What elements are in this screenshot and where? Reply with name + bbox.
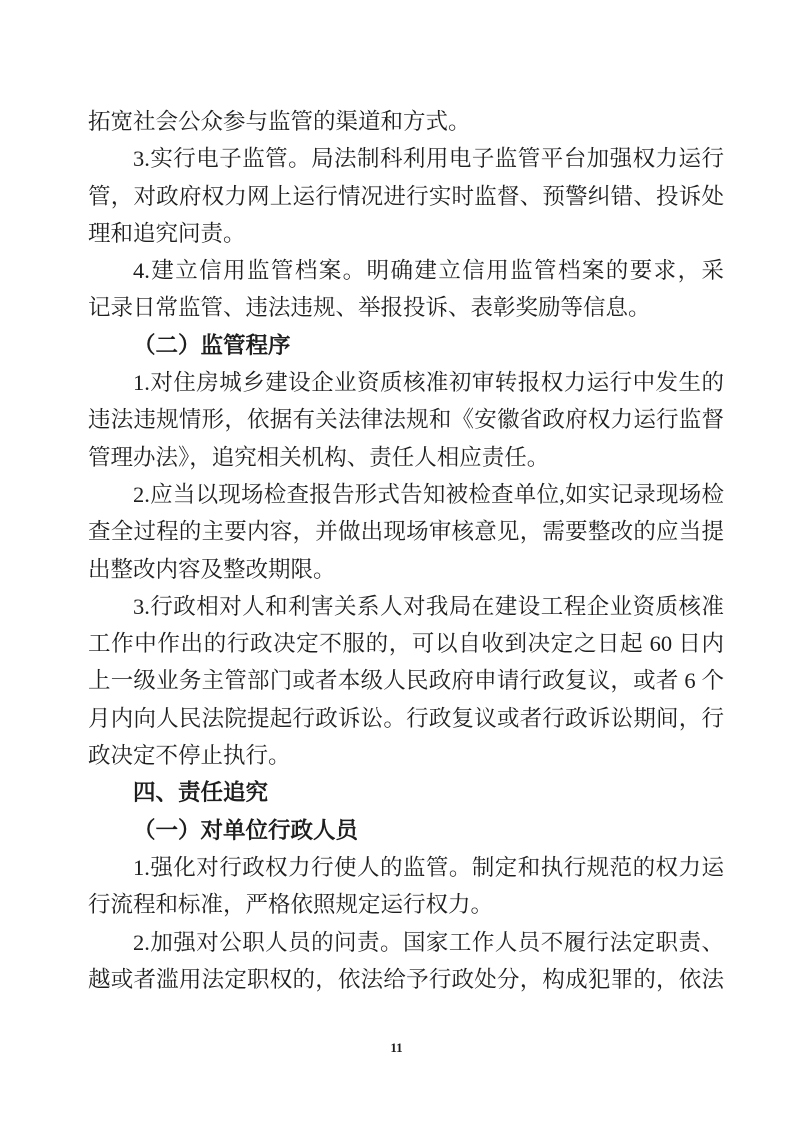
- text-line: 2.加强对公职人员的问责。国家工作人员不履行法定职责、超: [88, 924, 724, 961]
- text-line: 政决定不停止执行。: [88, 737, 724, 774]
- text-line: 2.应当以现场检查报告形式告知被检查单位,如实记录现场检: [88, 476, 724, 513]
- page-number: 11: [0, 1038, 793, 1058]
- text-line: 3.行政相对人和利害关系人对我局在建设工程企业资质核准: [88, 588, 724, 625]
- document-body: 拓宽社会公众参与监管的渠道和方式。3.实行电子监管。局法制科利用电子监管平台加强…: [88, 103, 724, 998]
- text-line: 1.强化对行政权力行使人的监管。制定和执行规范的权力运: [88, 849, 724, 886]
- text-line: 工作中作出的行政决定不服的，可以自收到决定之日起 60 日内向: [88, 625, 724, 662]
- section-heading: 四、责任追究: [88, 774, 724, 811]
- text-line: 1.对住房城乡建设企业资质核准初审转报权力运行中发生的: [88, 364, 724, 401]
- text-line: 管，对政府权力网上运行情况进行实时监督、预警纠错、投诉处: [88, 178, 724, 215]
- text-line: 违法违规情形，依据有关法律法规和《安徽省政府权力运行监督: [88, 401, 724, 438]
- document-page: 拓宽社会公众参与监管的渠道和方式。3.实行电子监管。局法制科利用电子监管平台加强…: [0, 0, 793, 1122]
- text-line: 越或者滥用法定职权的，依法给予行政处分，构成犯罪的，依法: [88, 961, 724, 998]
- text-line: 查全过程的主要内容，并做出现场审核意见，需要整改的应当提: [88, 513, 724, 550]
- section-heading: （一）对单位行政人员: [88, 812, 724, 849]
- section-heading: （二）监管程序: [88, 327, 724, 364]
- text-line: 记录日常监管、违法违规、举报投诉、表彰奖励等信息。: [88, 289, 724, 326]
- text-line: 3.实行电子监管。局法制科利用电子监管平台加强权力运行监: [88, 140, 724, 177]
- text-line: 理和追究问责。: [88, 215, 724, 252]
- text-line: 出整改内容及整改期限。: [88, 551, 724, 588]
- text-line: 上一级业务主管部门或者本级人民政府申请行政复议，或者 6 个: [88, 662, 724, 699]
- text-line: 拓宽社会公众参与监管的渠道和方式。: [88, 103, 724, 140]
- text-line: 行流程和标准，严格依照规定运行权力。: [88, 886, 724, 923]
- text-line: 月内向人民法院提起行政诉讼。行政复议或者行政诉讼期间，行: [88, 700, 724, 737]
- text-line: 管理办法》，追究相关机构、责任人相应责任。: [88, 439, 724, 476]
- text-line: 4.建立信用监管档案。明确建立信用监管档案的要求，采集、: [88, 252, 724, 289]
